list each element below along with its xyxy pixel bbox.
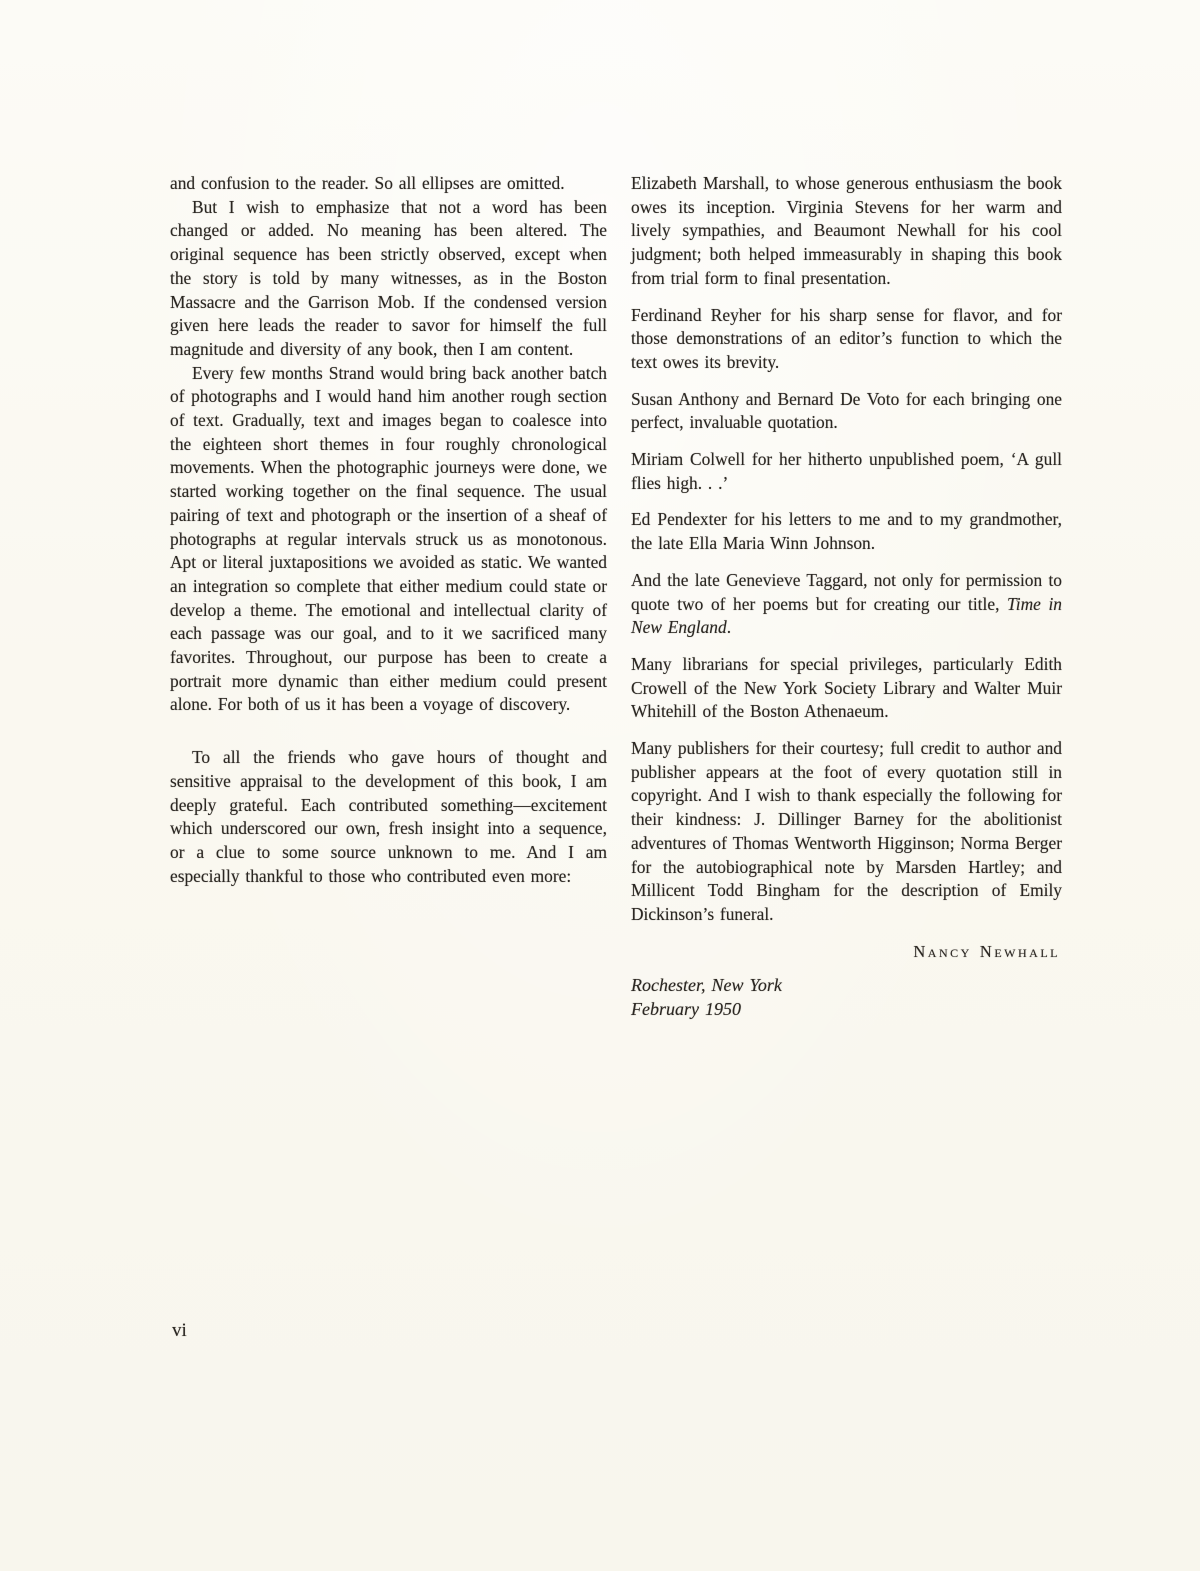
acknowledgment-paragraph-with-title: And the late Genevieve Taggard, not only… bbox=[631, 569, 1062, 640]
acknowledgment-paragraph: Many librarians for special privileges, … bbox=[631, 653, 1062, 724]
acknowledgment-paragraph: Elizabeth Marshall, to whose generous en… bbox=[631, 172, 1062, 291]
scanned-page-background: and confusion to the reader. So all elli… bbox=[0, 0, 1200, 1571]
date-line: February 1950 bbox=[631, 997, 1062, 1021]
left-column: and confusion to the reader. So all elli… bbox=[170, 172, 607, 888]
author-signature: Nancy Newhall bbox=[631, 940, 1060, 964]
acknowledgment-paragraph: Susan Anthony and Bernard De Voto for ea… bbox=[631, 388, 1062, 435]
acknowledgment-paragraph: Ferdinand Reyher for his sharp sense for… bbox=[631, 304, 1062, 375]
paragraph: Every few months Strand would bring back… bbox=[170, 362, 607, 718]
paragraph: To all the friends who gave hours of tho… bbox=[170, 746, 607, 888]
place-line: Rochester, New York bbox=[631, 973, 1062, 997]
paragraph-continuation: and confusion to the reader. So all elli… bbox=[170, 172, 607, 196]
paragraph-text: . bbox=[727, 617, 731, 637]
paragraph: But I wish to emphasize that not a word … bbox=[170, 196, 607, 362]
acknowledgment-paragraph: Ed Pendexter for his letters to me and t… bbox=[631, 508, 1062, 555]
acknowledgment-paragraph: Miriam Colwell for her hitherto unpublis… bbox=[631, 448, 1062, 495]
paragraph-text: And the late Genevieve Taggard, not only… bbox=[631, 570, 1062, 614]
right-column: Elizabeth Marshall, to whose generous en… bbox=[631, 172, 1062, 1021]
page-number: vi bbox=[172, 1320, 187, 1342]
acknowledgment-paragraph: Many publishers for their courtesy; full… bbox=[631, 737, 1062, 927]
